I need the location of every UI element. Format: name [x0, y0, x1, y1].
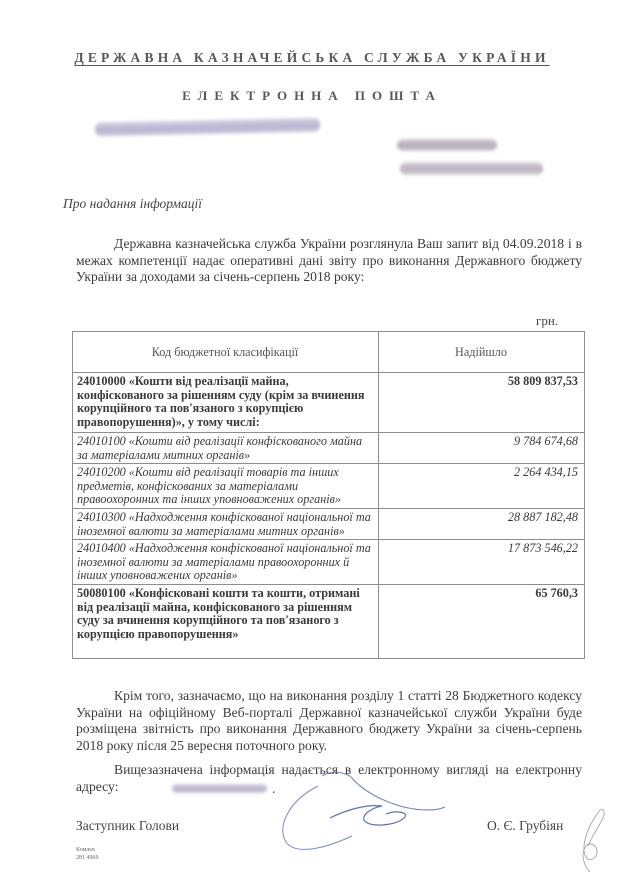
- email-delivery-text: Вищезазначена інформація надається в еле…: [76, 762, 582, 794]
- row-amount: 9 784 674,68: [379, 433, 585, 464]
- row-description: 24010300 «Надходження конфіскованої наці…: [73, 508, 379, 539]
- paragraph-publication-notice: Крім того, зазначаємо, що на виконання р…: [76, 688, 582, 755]
- redacted-recipient-line-1: [95, 118, 320, 137]
- table-row: 24010200 «Кошти від реалізації товарів т…: [73, 464, 585, 509]
- row-amount: 17 873 546,22: [379, 540, 585, 585]
- table-row: 50080100 «Конфісковані кошти та кошти, о…: [73, 584, 585, 658]
- row-description: 24010400 «Надходження конфіскованої наці…: [73, 540, 379, 585]
- signer-position: Заступник Голови: [76, 818, 179, 834]
- row-amount: 65 760,3: [379, 584, 585, 658]
- redacted-recipient-line-2: [397, 139, 497, 151]
- executor-info: Комлєв 281 4969: [76, 846, 99, 862]
- intro-paragraph: Державна казначейська служба України роз…: [76, 236, 582, 286]
- paragraph-email-delivery: Вищезазначена інформація надається в еле…: [76, 762, 582, 795]
- row-description: 24010100 «Кошти від реалізації конфісков…: [73, 433, 379, 464]
- table-header-row: Код бюджетної класифікації Надійшло: [73, 332, 585, 373]
- table-row: 24010000 «Кошти від реалізації майна, ко…: [73, 373, 585, 433]
- row-description: 50080100 «Конфісковані кошти та кошти, о…: [73, 584, 379, 658]
- organization-title: ДЕРЖАВНА КАЗНАЧЕЙСЬКА СЛУЖБА УКРАЇНИ: [62, 50, 562, 66]
- table-row: 24010100 «Кошти від реалізації конфісков…: [73, 433, 585, 464]
- executor-name: Комлєв: [76, 846, 99, 854]
- row-amount: 2 264 434,15: [379, 464, 585, 509]
- executor-phone: 281 4969: [76, 854, 99, 862]
- redacted-email-address: [172, 784, 267, 793]
- row-description: 24010000 «Кошти від реалізації майна, ко…: [73, 373, 379, 433]
- subject-line: Про надання інформації: [63, 196, 202, 212]
- row-description: 24010200 «Кошти від реалізації товарів т…: [73, 464, 379, 509]
- email-sentence-end: .: [272, 781, 275, 797]
- header-budget-code: Код бюджетної класифікації: [73, 332, 379, 373]
- budget-table: Код бюджетної класифікації Надійшло 2401…: [72, 331, 585, 659]
- row-amount: 58 809 837,53: [379, 373, 585, 433]
- header-received: Надійшло: [379, 332, 585, 373]
- table-row: 24010300 «Надходження конфіскованої наці…: [73, 508, 585, 539]
- table-row: 24010400 «Надходження конфіскованої наці…: [73, 540, 585, 585]
- currency-unit: грн.: [536, 313, 558, 329]
- redacted-recipient-line-3: [400, 162, 543, 175]
- row-amount: 28 887 182,48: [379, 508, 585, 539]
- document-type: ЕЛЕКТРОННА ПОШТА: [62, 88, 562, 104]
- signer-name: О. Є. Грубіян: [487, 818, 563, 834]
